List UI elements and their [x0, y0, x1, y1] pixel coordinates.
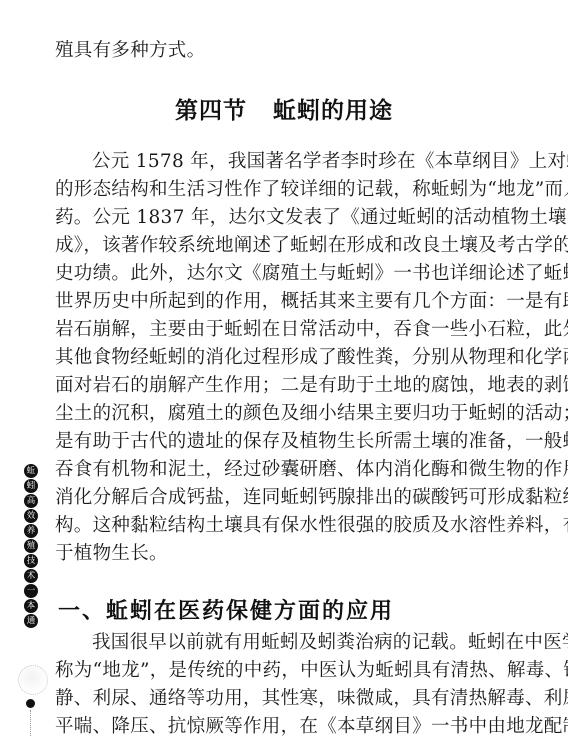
text-line: 公元 1578 年，我国著名学者李时珍在《本草纲目》上对蚯蚓: [92, 151, 537, 173]
text-line: 世界历史中所起到的作用，概括其来主要有几个方面：一是有助于: [55, 291, 537, 313]
text-line: 是有助于古代的遗址的保存及植物生长所需土壤的准备，一般蚯蚓: [55, 431, 537, 453]
text-line: 于植物生长。: [55, 543, 537, 565]
side-tab-char: 本: [24, 599, 38, 613]
chapter-title: 第四节蚯蚓的用途: [0, 92, 568, 125]
chapter-number: 第四节: [175, 98, 247, 124]
text-line: 面对岩石的崩解产生作用；二是有助于土地的腐蚀，地表的剥蚀，: [55, 375, 537, 397]
text-line: 成》，该著作较系统地阐述了蚯蚓在形成和改良土壤及考古学的历: [55, 235, 537, 257]
side-tab-char: 技: [24, 554, 38, 568]
text-line: 药。公元 1837 年，达尔文发表了《通过蚯蚓的活动植物土壤的形: [55, 207, 537, 229]
text-line: 称为“地龙”，是传统的中药，中医认为蚯蚓具有清热、解毒、镇: [55, 660, 537, 682]
book-page: 殖具有多种方式。 第四节蚯蚓的用途 公元 1578 年，我国著名学者李时珍在《本…: [0, 0, 568, 736]
side-tab-book-title: 蚯 蚓 高 效 养 殖 技 术 一 本 通: [23, 464, 39, 628]
text-line: 静、利尿、通络等功用，其性寒，味微咸，具有清热解毒、利尿、: [55, 688, 537, 710]
side-tab-char: 高: [24, 494, 38, 508]
side-tab-char: 术: [24, 569, 38, 583]
text-line: 平喘、降压、抗惊厥等作用，在《本草纲目》一书中由地龙配制的: [55, 716, 537, 736]
text-line: 构。这种黏粒结构土壤具有保水性很强的胶质及水溶性养料，有利: [55, 515, 537, 537]
bullet-dot-icon: [26, 699, 35, 708]
side-tab-char: 蚓: [24, 479, 38, 493]
lead-line: 殖具有多种方式。: [55, 40, 537, 62]
text-line: 岩石崩解，主要由于蚯蚓在日常活动中，吞食一些小石粒，此外，: [55, 319, 537, 341]
earthworm-ornament-icon: [18, 665, 48, 695]
side-tab-char: 效: [24, 509, 38, 523]
text-line: 消化分解后合成钙盐，连同蚯蚓钙腺排出的碳酸钙可形成黏粒结: [55, 487, 537, 509]
dotted-rule: [30, 710, 31, 736]
text-line: 吞食有机物和泥土，经过砂囊研磨、体内消化酶和微生物的作用，: [55, 459, 537, 481]
side-tab-char: 通: [24, 614, 38, 628]
text-line: 尘土的沉积，腐殖土的颜色及细小结果主要归功于蚯蚓的活动；三: [55, 403, 537, 425]
side-tab-char: 殖: [24, 539, 38, 553]
text-line: 史功绩。此外，达尔文《腐殖土与蚯蚓》一书也详细论述了蚯蚓在: [55, 263, 537, 285]
side-tab-char: 蚯: [24, 464, 38, 478]
side-tab-char: 养: [24, 524, 38, 538]
chapter-name: 蚯蚓的用途: [273, 98, 393, 124]
text-line: 其他食物经蚯蚓的消化过程形成了酸性粪，分别从物理和化学两方: [55, 347, 537, 369]
text-line: 的形态结构和生活习性作了较详细的记载，称蚯蚓为“地龙”而入: [55, 179, 537, 201]
side-tab-char: 一: [24, 584, 38, 598]
section-heading: 一、蚯蚓在医药保健方面的应用: [58, 594, 394, 625]
text-line: 我国很早以前就有用蚯蚓及蚓粪治病的记载。蚯蚓在中医学上: [92, 632, 537, 654]
